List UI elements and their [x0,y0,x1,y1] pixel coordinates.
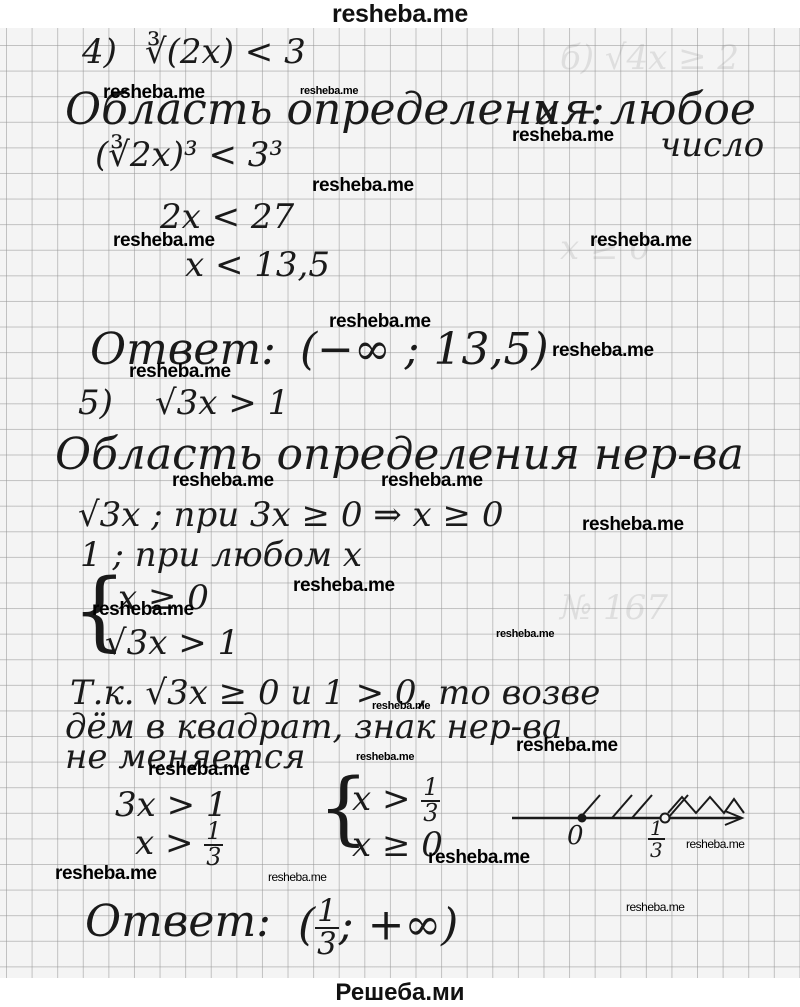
watermark: resheba.me [626,901,684,913]
fraction-numerator: 1 [204,820,223,846]
number-line [500,783,760,863]
watermark: resheba.me [552,341,654,360]
watermark: resheba.me [496,629,554,640]
watermark: resheba.me [268,871,326,883]
site-footer: Решеба.ми [0,978,800,1007]
watermark: resheba.me [686,838,744,850]
fraction: 1 3 [315,896,339,960]
watermark: resheba.me [512,126,614,145]
fraction-denominator: 3 [648,840,665,860]
system-2-lhs: x > [352,779,410,819]
problem-4-step-3: x < 13,5 [185,248,330,282]
problem-5-explanation-line-1: Т.к. √3x ≥ 0 и 1 > 0, то возве [70,676,600,710]
fraction-numerator: 1 [421,776,440,802]
fraction: 1 3 [648,818,665,860]
bleed-through-text: б) √4x ≥ 2 [560,38,739,78]
watermark: resheba.me [300,86,358,97]
problem-5-answer-value: ( 1 3 ; +∞) [298,896,458,960]
fraction: 1 3 [204,820,223,870]
watermark: resheba.me [381,471,483,490]
watermark: resheba.me [312,176,414,195]
watermark: resheba.me [129,362,231,381]
watermark: resheba.me [92,600,194,619]
watermark: resheba.me [516,736,618,755]
problem-4-answer-value: (−∞ ; 13,5) [300,328,549,372]
watermark: resheba.me [356,752,414,763]
watermark: resheba.me [293,576,395,595]
watermark: resheba.me [172,471,274,490]
bleed-through-text: № 167 [560,588,668,628]
watermark: resheba.me [329,312,431,331]
watermark: resheba.me [103,83,205,102]
fraction-denominator: 3 [421,802,440,826]
watermark: resheba.me [55,864,157,883]
problem-5-system-2-line-1: x > 1 3 [352,776,440,826]
watermark: resheba.me [113,231,215,250]
problem-4-number: 4) [82,35,117,69]
watermark: resheba.me [372,701,430,712]
problem-5-domain-line-1: √3x ; при 3x ≥ 0 ⇒ x ≥ 0 [78,498,503,532]
fraction-denominator: 3 [204,846,223,870]
problem-4-domain-text-2: число [660,128,764,162]
fraction-denominator: 3 [315,929,339,960]
watermark: resheba.me [582,515,684,534]
fraction: 1 3 [421,776,440,826]
problem-4-step-1: (∛2x)³ < 3³ [95,138,283,172]
problem-4-inequality: ∛(2x) < 3 [145,35,306,69]
problem-5-system-1-line-2: √3x > 1 [105,626,239,660]
fraction-numerator: 1 [648,818,665,840]
number-line-label-third: 1 3 [648,818,665,860]
problem-5-number: 5) [78,386,113,420]
number-line-label-0: 0 [567,823,584,849]
answer-rest: ; +∞) [339,899,459,950]
watermark: resheba.me [590,231,692,250]
watermark: resheba.me [428,848,530,867]
step-2-lhs: x > [135,823,193,863]
problem-5-answer-label: Ответ: [85,900,271,944]
site-header: resheba.me [0,0,800,28]
notebook-page: б) √4x ≥ 2 x ≥ 0 № 167 4) ∛(2x) < 3 Обла… [0,28,800,978]
fraction-numerator: 1 [315,896,339,929]
problem-5-inequality: √3x > 1 [155,386,289,420]
problem-4-step-2: 2x < 27 [160,200,294,234]
watermark: resheba.me [148,760,250,779]
